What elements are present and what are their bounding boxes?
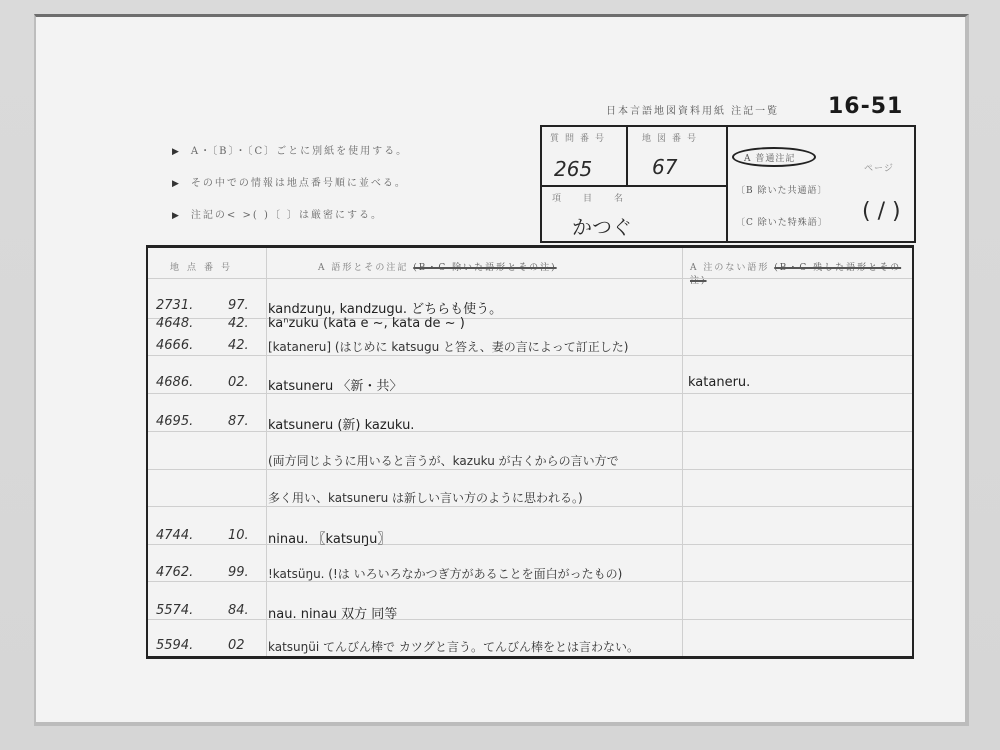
page-label: ページ bbox=[864, 161, 894, 174]
instruction-item: ▶A・〔B〕・〔C〕ごとに別紙を使用する。 bbox=[172, 142, 408, 174]
item-name-cell: 項目名 かつぐ bbox=[542, 187, 728, 241]
note-type-options: A 普通注記 〔B 除いた共通語〕 〔C 除いた特殊語〕 ページ ( / ) bbox=[728, 127, 916, 241]
table-row: 4744. 10. ninau. 〖katsuŋu〗 bbox=[148, 528, 912, 550]
table-row: 4666. 42. [kataneru] (はじめに katsugu と答え、妻… bbox=[148, 338, 912, 360]
form-number: 16-51 bbox=[828, 94, 903, 119]
option-c[interactable]: 〔C 除いた特殊語〕 bbox=[736, 215, 828, 228]
form-title: 日本言語地図資料用紙 注記一覧 bbox=[606, 102, 779, 117]
triangle-bullet-icon: ▶ bbox=[172, 147, 181, 157]
map-number-value: 67 bbox=[652, 155, 677, 179]
instruction-item: ▶注記の< >( )〔 〕は厳密にする。 bbox=[172, 206, 408, 238]
option-a[interactable]: A 普通注記 bbox=[744, 151, 795, 164]
table-row: 4686. 02. katsuneru 〈新・共〉 kataneru. bbox=[148, 375, 912, 397]
question-number-value: 265 bbox=[554, 157, 592, 181]
option-b[interactable]: 〔B 除いた共通語〕 bbox=[736, 183, 827, 196]
table-row: 5594. 02 katsuŋüi てんびん棒で カツグと言う。てんびん棒をとは… bbox=[148, 638, 912, 660]
notes-table: 地点番号 A 語形とその注記 (B・C 除いた語形とその注) A 注のない語形 … bbox=[146, 245, 914, 659]
map-number-cell: 地図番号 67 bbox=[628, 127, 728, 187]
table-row: 5574. 84. nau. ninau 双方 同等 bbox=[148, 603, 912, 625]
question-number-cell: 質問番号 265 bbox=[542, 127, 628, 187]
table-row: 4695. 87. katsuneru (新) kazuku. bbox=[148, 414, 912, 436]
page-value: ( / ) bbox=[862, 199, 901, 224]
triangle-bullet-icon: ▶ bbox=[172, 211, 181, 221]
instructions: ▶A・〔B〕・〔C〕ごとに別紙を使用する。 ▶その中での情報は地点番号順に並べる… bbox=[172, 142, 408, 238]
triangle-bullet-icon: ▶ bbox=[172, 179, 181, 189]
instruction-item: ▶その中での情報は地点番号順に並べる。 bbox=[172, 174, 408, 206]
table-row: 4762. 99. !katsüŋu. (!は いろいろなかつぎ方があることを面… bbox=[148, 565, 912, 587]
item-name-value: かつぐ bbox=[572, 211, 632, 240]
col-header-forms: A 語形とその注記 (B・C 除いた語形とその注) bbox=[318, 260, 557, 273]
table-row: (両方同じように用いると言うが、kazuku が古くからの言い方で bbox=[148, 452, 912, 474]
header-box: 質問番号 265 地図番号 67 項目名 かつぐ A 普通注記 〔B 除いた共通… bbox=[540, 127, 916, 243]
table-row: 4648. 42. kaⁿzuku (kata e ~, kata de ~ ) bbox=[148, 316, 912, 338]
col-header-no-note: A 注のない語形 (B・C 残した語形とその注) bbox=[690, 260, 912, 286]
table-row: 多く用い、katsuneru は新しい言い方のように思われる。) bbox=[148, 489, 912, 511]
col-header-location: 地点番号 bbox=[170, 260, 238, 273]
